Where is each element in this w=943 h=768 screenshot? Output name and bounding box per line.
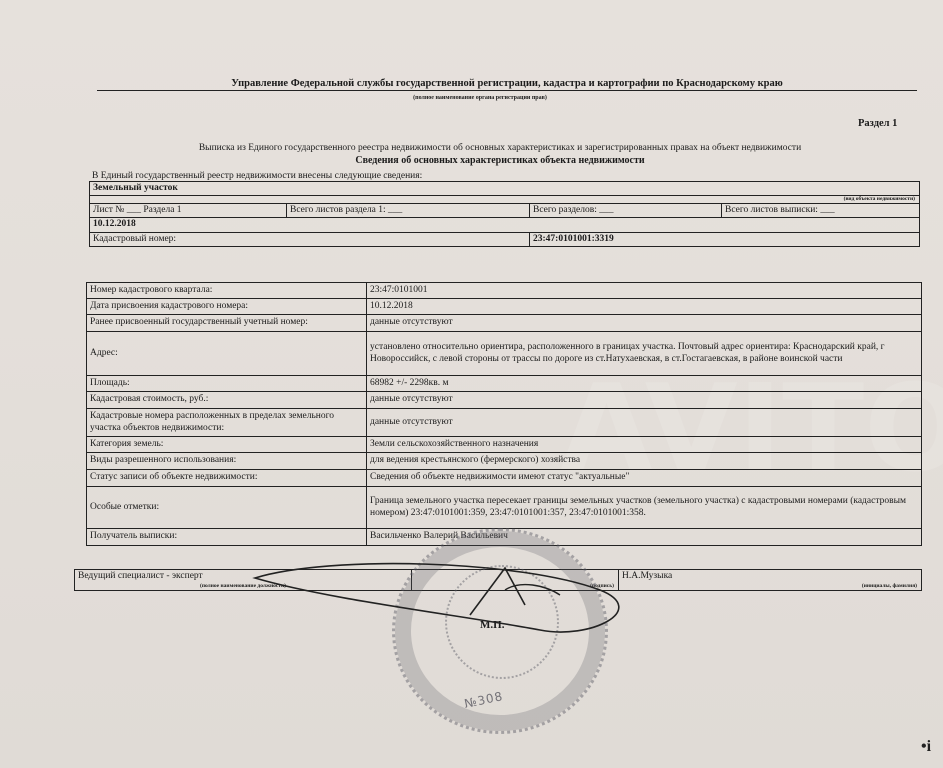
corner-mark: •i — [921, 738, 931, 756]
document-page: AVITO Управление Федеральной службы госу… — [0, 0, 943, 768]
signature-scribble — [0, 0, 943, 768]
